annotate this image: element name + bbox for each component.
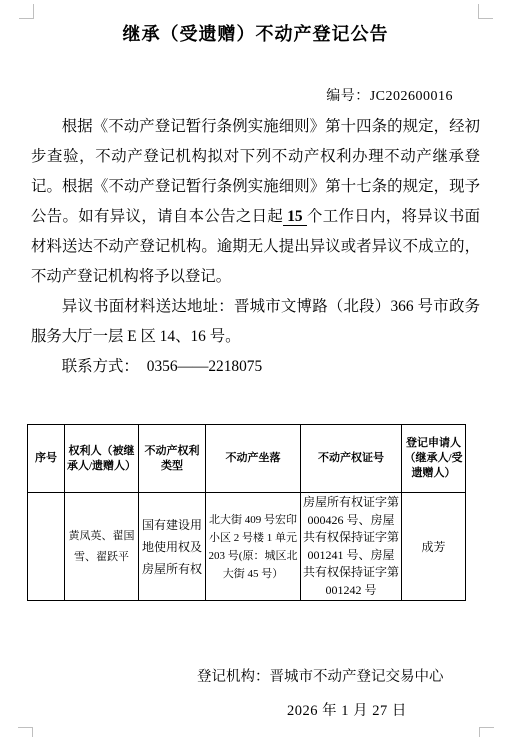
registration-authority: 登记机构：晋城市不动产登记交易中心: [197, 665, 444, 686]
announcement-date: 2026 年 1 月 27 日: [287, 699, 407, 720]
page-title: 继承（受遗赠）不动产登记公告: [0, 20, 511, 46]
body-paragraph-2: 异议书面材料送达地址：晋城市文博路（北段）366 号市政务服务大厅一层 E 区 …: [31, 292, 480, 352]
header-rights-holder: 权利人（被继承人/遗赠人）: [65, 425, 139, 493]
cell-certificate-number: 房屋所有权证字第 000426 号、房屋共有权保持证字第 001241 号、房屋…: [301, 493, 402, 601]
crop-mark-top-right-icon: [478, 4, 493, 19]
cell-rights-holder: 黄凤英、翟国雪、翟跃平: [65, 493, 139, 601]
cell-serial-number: [28, 493, 65, 601]
header-serial-number: 序号: [28, 425, 65, 493]
doc-number: 编号：JC202600016: [326, 85, 453, 105]
table-header-row: 序号 权利人（被继承人/遗赠人） 不动产权利类型 不动产坐落 不动产权证号 登记…: [28, 425, 466, 493]
cell-property-location: 北大街 409 号宏印小区 2 号楼 1 单元 203 号(原：城区北大街 45…: [206, 493, 301, 601]
header-certificate-number: 不动产权证号: [301, 425, 402, 493]
body-paragraph-3: 联系方式：0356——2218075: [31, 352, 480, 382]
crop-mark-top-left-icon: [19, 4, 34, 19]
contact-label: 联系方式：: [62, 358, 139, 375]
body-paragraph-1: 根据《不动产登记暂行条例实施细则》第十四条的规定，经初步查验，不动产登记机构拟对…: [31, 112, 480, 292]
header-property-location: 不动产坐落: [206, 425, 301, 493]
contact-phone: 0356——2218075: [147, 358, 262, 375]
crop-mark-bottom-right-icon: [479, 727, 494, 737]
announcement-table: 序号 权利人（被继承人/遗赠人） 不动产权利类型 不动产坐落 不动产权证号 登记…: [27, 424, 466, 601]
crop-mark-bottom-left-icon: [18, 727, 33, 737]
header-property-right-type: 不动产权利类型: [139, 425, 206, 493]
document-page: 继承（受遗赠）不动产登记公告 编号：JC202600016 根据《不动产登记暂行…: [0, 0, 511, 737]
table-row: 黄凤英、翟国雪、翟跃平 国有建设用地使用权及房屋所有权 北大街 409 号宏印小…: [28, 493, 466, 601]
cell-property-right-type: 国有建设用地使用权及房屋所有权: [139, 493, 206, 601]
header-registration-applicant: 登记申请人（继承人/受遗赠人）: [402, 425, 466, 493]
objection-days-value: 15: [283, 208, 306, 226]
cell-registration-applicant: 成芳: [402, 493, 466, 601]
body-text: 根据《不动产登记暂行条例实施细则》第十四条的规定，经初步查验，不动产登记机构拟对…: [31, 112, 480, 382]
